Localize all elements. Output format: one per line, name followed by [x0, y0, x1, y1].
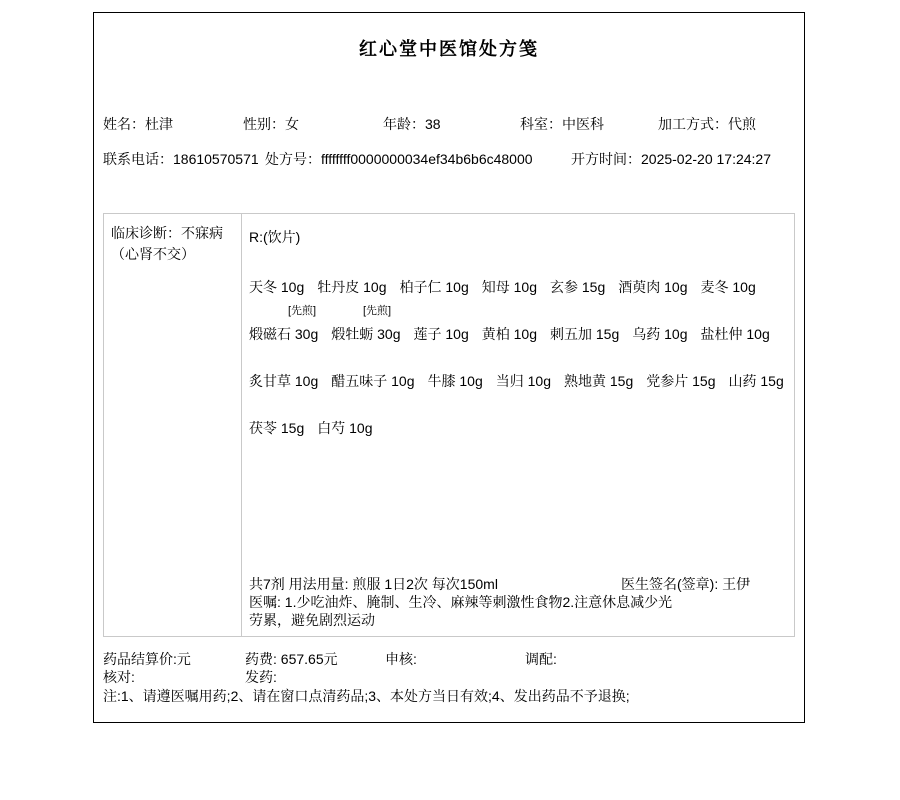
processing-method-label: 加工方式： — [658, 116, 728, 132]
decoction-note-2: [先煎] — [363, 302, 391, 318]
medicine-item: 茯苓 15g — [249, 420, 304, 436]
issue-time-value: 2025-02-20 17:24:27 — [641, 151, 771, 167]
patient-name-field: 姓名：杜津 — [103, 114, 173, 134]
patient-name-label: 姓名： — [103, 116, 145, 132]
prescription-cell: R:(饮片) 天冬 10g牡丹皮 10g柏子仁 10g知母 10g玄参 15g酒… — [242, 214, 794, 636]
patient-gender-field: 性别：女 — [243, 114, 299, 134]
issue-time-field: 开方时间：2025-02-20 17:24:27 — [571, 149, 771, 169]
medicine-item: 玄参 15g — [550, 279, 605, 295]
medicine-item: 当归 10g — [496, 373, 551, 389]
medicine-item: 知母 10g — [482, 279, 537, 295]
medical-advice-line-2: 劳累，避免剧烈运动 — [249, 610, 375, 630]
phone-field: 联系电话：18610570571 — [103, 149, 259, 169]
processing-method-value: 代煎 — [728, 116, 756, 132]
department-label: 科室： — [520, 116, 562, 132]
prescription-number-field: 处方号：ffffffff0000000034ef34b6b6c48000 — [265, 149, 533, 169]
medicine-item: 莲子 10g — [414, 326, 469, 342]
medicine-item: 煅牡蛎 30g — [331, 326, 400, 342]
prescription-number-value: ffffffff0000000034ef34b6b6c48000 — [321, 151, 533, 167]
settle-price-value: 元 — [177, 651, 191, 667]
medicine-item: 盐杜仲 10g — [701, 326, 770, 342]
prescription-document: 红心堂中医馆处方笺 姓名：杜津 性别：女 年龄：38 科室：中医科 加工方式：代… — [93, 12, 805, 723]
note-line: 注:1、请遵医嘱用药;2、请在窗口点清药品;3、本处方当日有效;4、发出药品不予… — [103, 686, 630, 706]
medicine-item: 醋五味子 10g — [331, 373, 414, 389]
patient-gender-value: 女 — [285, 116, 299, 132]
medicine-item: 炙甘草 10g — [249, 373, 318, 389]
issue-time-label: 开方时间： — [571, 151, 641, 167]
medicine-line-3: 炙甘草 10g醋五味子 10g牛膝 10g当归 10g熟地黄 15g党参片 15… — [249, 371, 797, 391]
diagnosis-line-2: （心肾不交） — [111, 244, 234, 265]
medicine-item: 党参片 15g — [646, 373, 715, 389]
phone-label: 联系电话： — [103, 151, 173, 167]
patient-age-field: 年龄：38 — [383, 114, 441, 134]
medicine-item: 柏子仁 10g — [400, 279, 469, 295]
medicine-item: 煅磁石 30g — [249, 326, 318, 342]
usage-line: 共7剂 用法用量: 煎服 1日2次 每次150ml — [249, 574, 498, 594]
check-field: 核对: — [103, 667, 135, 687]
diagnosis-cell: 临床诊断：不寐病 （心肾不交） — [104, 214, 242, 636]
medicine-item: 刺五加 15g — [550, 326, 619, 342]
rx-header: R:(饮片) — [249, 227, 300, 247]
processing-method-field: 加工方式：代煎 — [658, 114, 756, 134]
medicine-item: 天冬 10g — [249, 279, 304, 295]
medicine-item: 白芍 10g — [317, 420, 372, 436]
medicine-item: 熟地黄 15g — [564, 373, 633, 389]
settle-price-field: 药品结算价:元 — [103, 649, 191, 669]
medicine-item: 麦冬 10g — [701, 279, 756, 295]
patient-name-value: 杜津 — [145, 116, 173, 132]
dispense-field: 调配: — [525, 649, 557, 669]
page-title: 红心堂中医馆处方笺 — [94, 35, 804, 61]
prescription-number-label: 处方号： — [265, 151, 321, 167]
medicine-line-2: 煅磁石 30g煅牡蛎 30g莲子 10g黄柏 10g刺五加 15g乌药 10g盐… — [249, 324, 783, 344]
medicine-item: 牡丹皮 10g — [317, 279, 386, 295]
patient-age-value: 38 — [425, 116, 441, 132]
diagnosis-line-1: 临床诊断：不寐病 — [111, 223, 234, 244]
medicine-item: 山药 15g — [729, 373, 784, 389]
phone-value: 18610570571 — [173, 151, 259, 167]
medicine-item: 乌药 10g — [632, 326, 687, 342]
settle-price-label: 药品结算价: — [103, 651, 177, 667]
department-field: 科室：中医科 — [520, 114, 604, 134]
doctor-signature: 医生签名(签章): 王伊 — [621, 574, 750, 594]
medicine-item: 酒萸肉 10g — [618, 279, 687, 295]
medicine-item: 牛膝 10g — [428, 373, 483, 389]
medicine-line-1: 天冬 10g牡丹皮 10g柏子仁 10g知母 10g玄参 15g酒萸肉 10g麦… — [249, 277, 769, 297]
fee-field: 药费: 657.65元 — [245, 649, 338, 669]
medicine-line-4: 茯苓 15g白芍 10g — [249, 418, 386, 438]
medicine-item: 黄柏 10g — [482, 326, 537, 342]
medical-advice-line-1: 医嘱: 1.少吃油炸、腌制、生冷、麻辣等刺激性食物2.注意休息减少光 — [249, 592, 672, 612]
fee-label: 药费: — [245, 651, 277, 667]
patient-age-label: 年龄： — [383, 116, 425, 132]
prescription-box: 临床诊断：不寐病 （心肾不交） R:(饮片) 天冬 10g牡丹皮 10g柏子仁 … — [103, 213, 795, 637]
review-field: 申核: — [385, 649, 417, 669]
decoction-note-1: [先煎] — [288, 302, 316, 318]
issue-field: 发药: — [245, 667, 277, 687]
fee-value: 657.65元 — [277, 651, 338, 667]
department-value: 中医科 — [562, 116, 604, 132]
page: 红心堂中医馆处方笺 姓名：杜津 性别：女 年龄：38 科室：中医科 加工方式：代… — [0, 0, 900, 800]
patient-gender-label: 性别： — [243, 116, 285, 132]
